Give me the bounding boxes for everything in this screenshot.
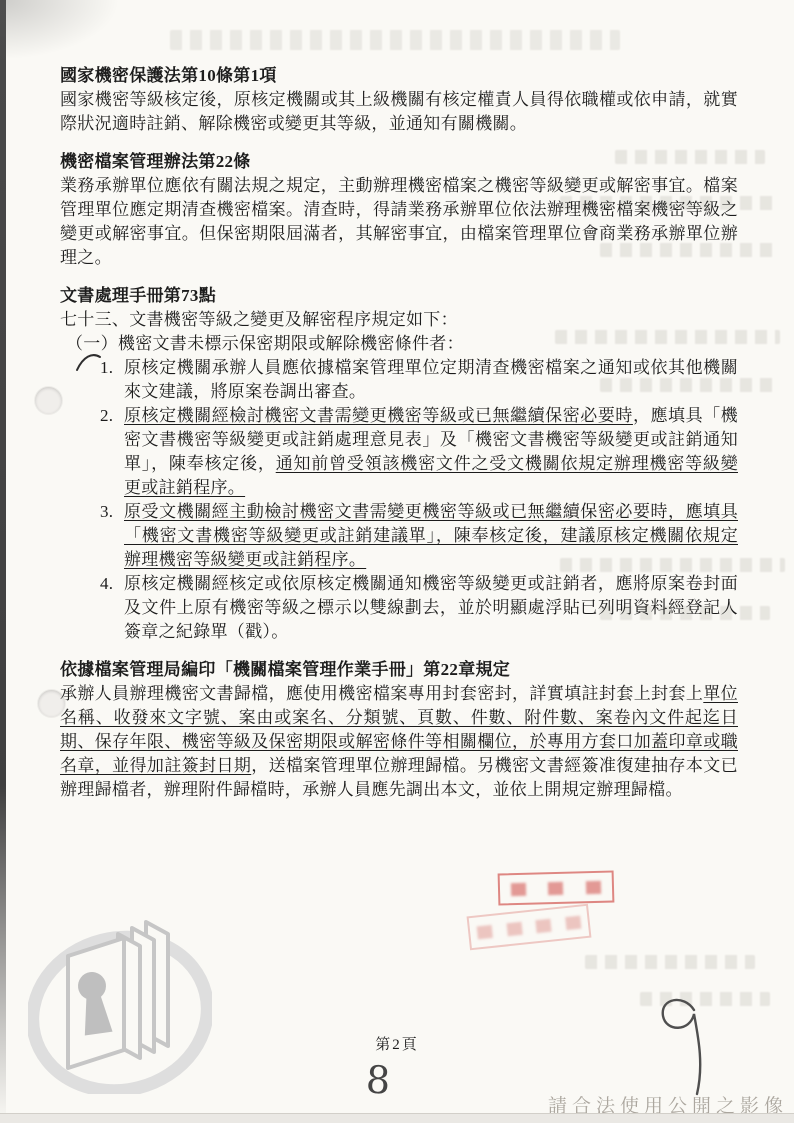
page-number-label: 第2頁 — [0, 1033, 794, 1054]
section-paragraph: 業務承辦單位應依有關法規之規定，主動辦理機密檔案之機密等級變更或解密事宜。檔案管… — [60, 174, 738, 270]
scan-corner-shadow — [0, 0, 120, 60]
section-paragraph: 國家機密等級核定後，原核定機關或其上級機關有核定權責人員得依職權或依申請，就實際… — [60, 88, 738, 136]
section-document-handling-manual: 文書處理手冊第73點 七十三、文書機密等級之變更及解密程序規定如下： （一）機密… — [60, 284, 738, 644]
section-national-secrets-act: 國家機密保護法第10條第1項 國家機密等級核定後，原核定機關或其上級機關有核定權… — [60, 64, 738, 136]
red-stamp — [467, 904, 592, 951]
section-heading: 國家機密保護法第10條第1項 — [60, 64, 738, 88]
handwritten-page-number: 8 — [365, 1057, 391, 1102]
scan-bed-strip — [0, 1113, 794, 1123]
section-sub-intro: （一）機密文書未標示保密期限或解除機密條件者： — [60, 332, 738, 356]
list-item-number: 4. — [100, 572, 113, 596]
list-item-number: 3. — [100, 500, 113, 524]
section-archives-operations-handbook: 依據檔案管理局編印「機關檔案管理作業手冊」第22章規定 承辦人員辦理機密文書歸檔… — [60, 658, 738, 802]
list-item: 2. 原核定機關經檢討機密文書需變更機密等級或已無繼續保密必要時，應填具「機密文… — [60, 404, 738, 500]
section-heading: 文書處理手冊第73點 — [60, 284, 738, 308]
section-classified-archives-rules: 機密檔案管理辦法第22條 業務承辦單位應依有關法規之規定，主動辦理機密檔案之機密… — [60, 150, 738, 270]
section-heading: 機密檔案管理辦法第22條 — [60, 150, 738, 174]
list-item-number: 2. — [100, 404, 113, 428]
pen-tick-mark — [74, 350, 104, 381]
punch-hole — [35, 387, 62, 414]
red-stamp — [498, 870, 615, 905]
bleed-through-title — [170, 30, 620, 50]
list-item: 1. 原核定機關承辦人員應依據檔案管理單位定期清查機密檔案之通知或依其他機關來文… — [60, 356, 738, 404]
list-item: 3. 原受文機關經主動檢討機密文書需變更機密等級或已無繼續保密必要時，應填具「機… — [60, 500, 738, 572]
section-intro: 七十三、文書機密等級之變更及解密程序規定如下： — [60, 308, 738, 332]
scan-edge-left — [0, 0, 6, 1123]
list-item-text: 原受文機關經主動檢討機密文書需變更機密等級或已無繼續保密必要時，應填具「機密文書… — [124, 502, 738, 569]
section-heading: 依據檔案管理局編印「機關檔案管理作業手冊」第22章規定 — [60, 658, 738, 682]
list-item-text: 原核定機關承辦人員應依據檔案管理單位定期清查機密檔案之通知或依其他機關來文建議，… — [124, 358, 738, 401]
section-paragraph: 承辦人員辦理機密文書歸檔，應使用機密檔案專用封套密封，詳實填註封套上封套上單位名… — [60, 682, 738, 802]
list-item-text: 原核定機關經檢討機密文書需變更機密等級或已無繼續保密必要時，應填具「機密文書機密… — [124, 406, 738, 497]
scanned-page: 國家機密保護法第10條第1項 國家機密等級核定後，原核定機關或其上級機關有核定權… — [0, 0, 794, 1123]
archives-logo — [28, 914, 212, 1099]
bleed-through-row — [585, 955, 755, 969]
list-item: 4. 原核定機關經核定或依原核定機關通知機密等級變更或註銷者，應將原案卷封面及文… — [60, 572, 738, 644]
document-body: 國家機密保護法第10條第1項 國家機密等級核定後，原核定機關或其上級機關有核定權… — [60, 64, 738, 816]
list-item-text: 原核定機關經核定或依原核定機關通知機密等級變更或註銷者，應將原案卷封面及文件上原… — [124, 574, 738, 641]
